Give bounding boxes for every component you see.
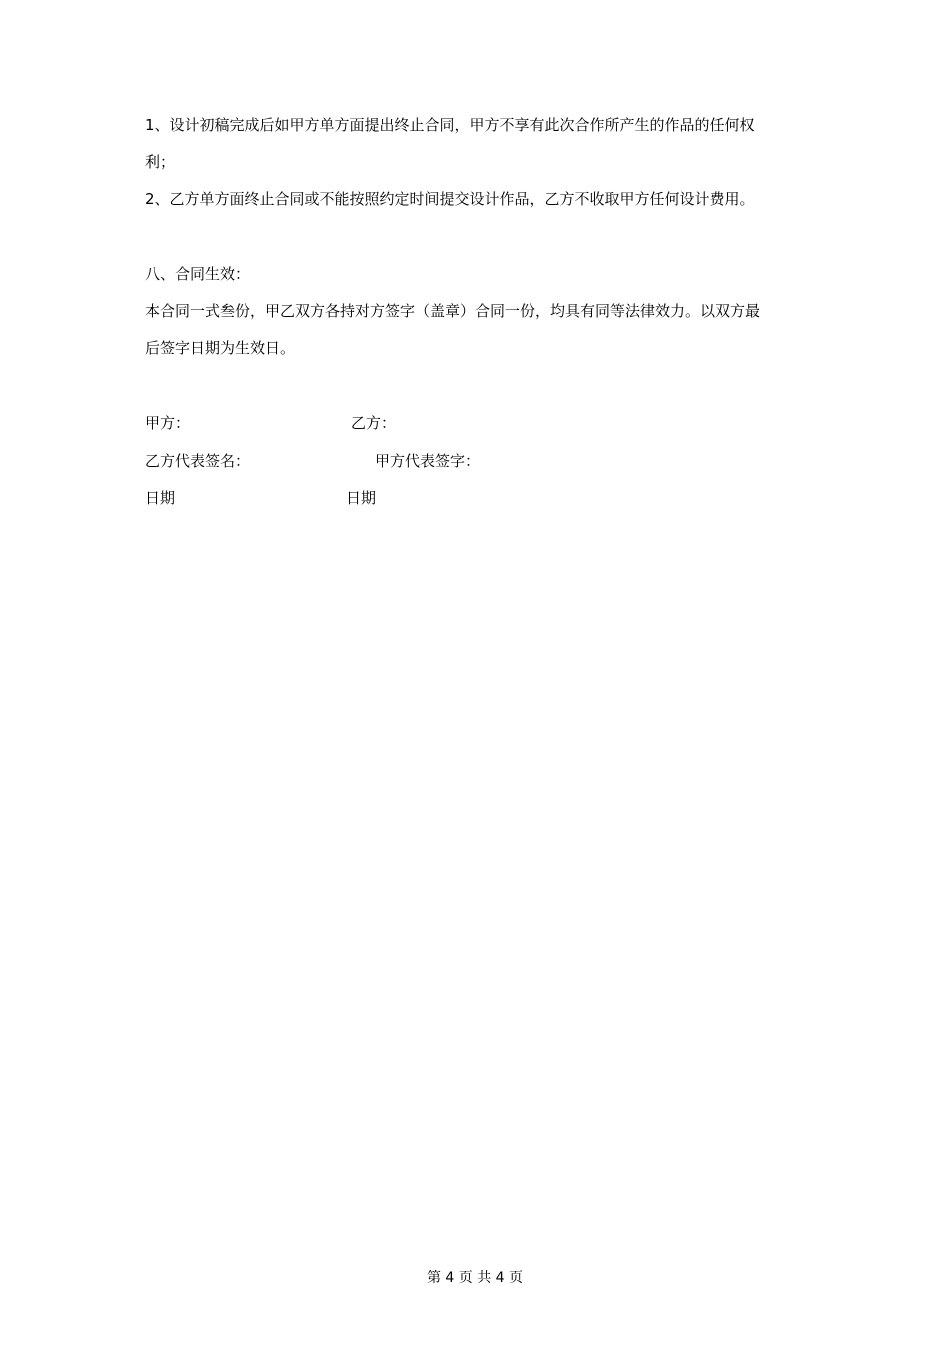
party-b-label: 乙方： bbox=[351, 413, 396, 433]
section-8-body-line-2: 后签字日期为生效日。 bbox=[145, 338, 295, 358]
page-number-footer: 第 4 页 共 4 页 bbox=[0, 1268, 950, 1288]
party-a-representative-signature-label: 甲方代表签字： bbox=[375, 451, 480, 471]
clause-2: 2、乙方单方面终止合同或不能按照约定时间提交设计作品，乙方不收取甲方任何设计费用… bbox=[145, 189, 755, 209]
clause-1-line-2: 利； bbox=[145, 152, 175, 172]
party-b-representative-signature-label: 乙方代表签名： bbox=[145, 451, 250, 471]
clause-1-line-1: 1、设计初稿完成后如甲方单方面提出终止合同，甲方不享有此次合作所产生的作品的任何… bbox=[145, 115, 755, 135]
section-8-body-line-1: 本合同一式叁份，甲乙双方各持对方签字（盖章）合同一份，均具有同等法律效力。以双方… bbox=[145, 301, 760, 321]
date-right-label: 日期 bbox=[346, 488, 376, 508]
document-page: 1、设计初稿完成后如甲方单方面提出终止合同，甲方不享有此次合作所产生的作品的任何… bbox=[0, 0, 950, 1346]
party-a-label: 甲方： bbox=[145, 413, 190, 433]
date-left-label: 日期 bbox=[145, 488, 175, 508]
section-8-heading: 八、合同生效： bbox=[145, 264, 250, 284]
